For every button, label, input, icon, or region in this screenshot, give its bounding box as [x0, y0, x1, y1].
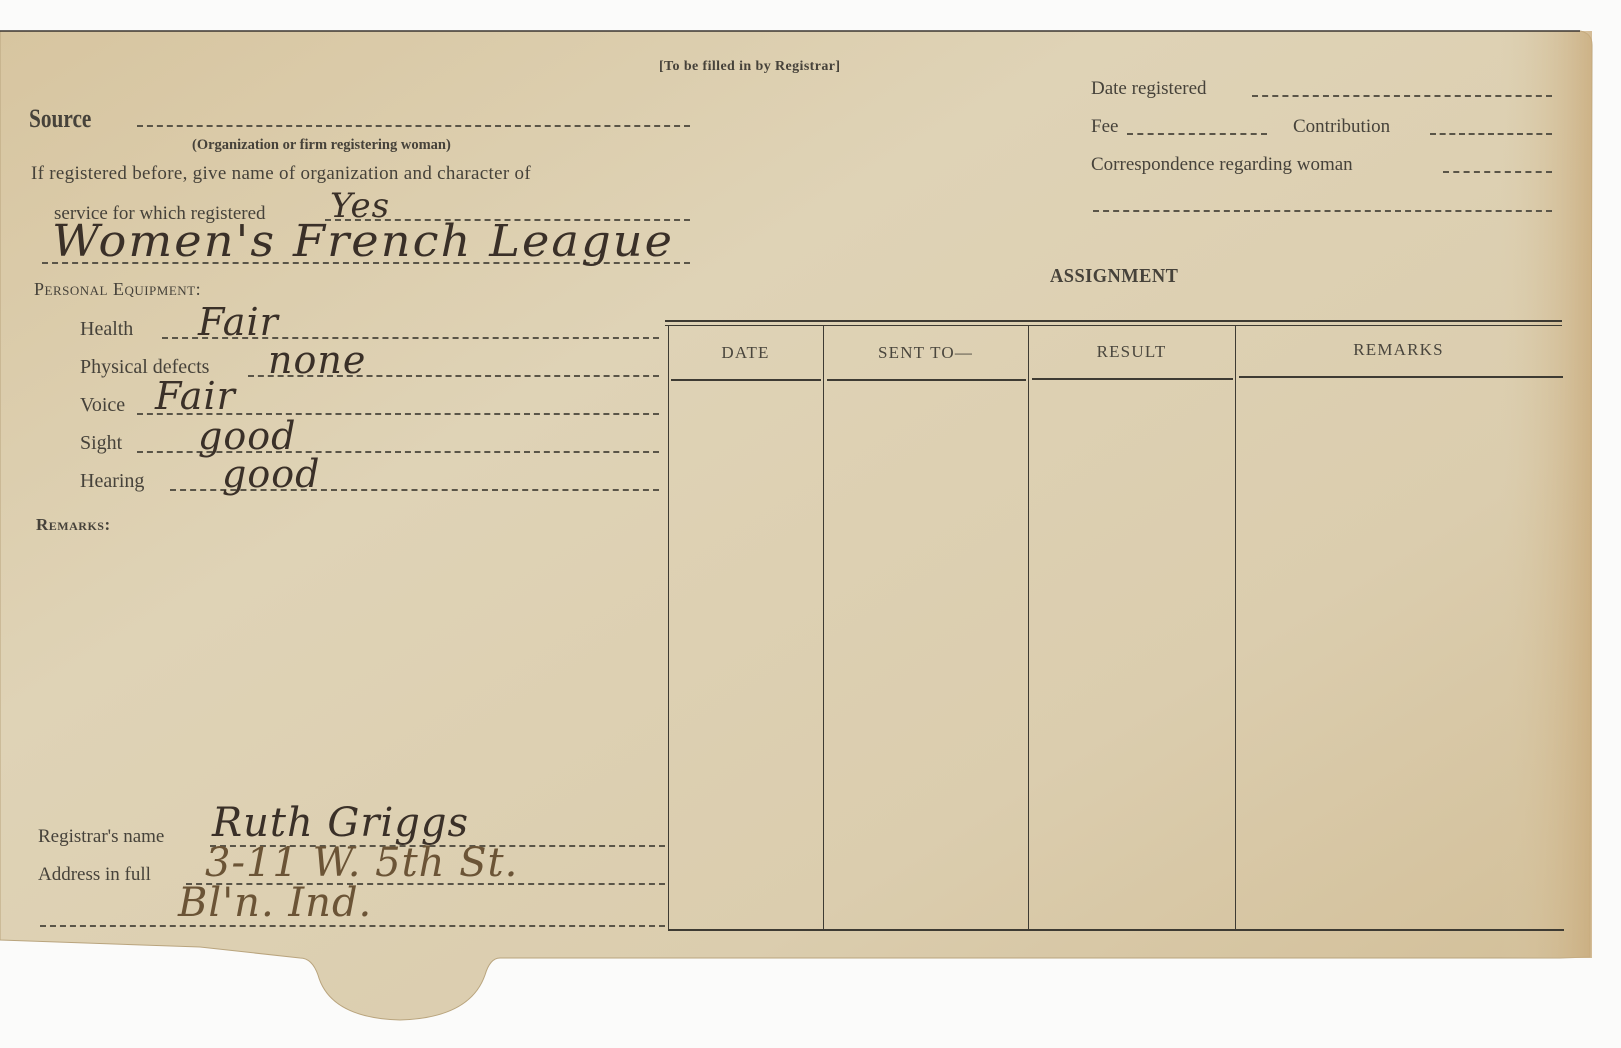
personal-equipment-heading: Personal Equipment: [34, 279, 201, 300]
hearing-label: Hearing [80, 470, 144, 493]
remarks-label: Remarks: [36, 515, 111, 535]
health-value: Fair [198, 300, 279, 344]
source-hint: (Organization or firm registering woman) [192, 137, 451, 154]
column-header-remarks: REMARKS [1235, 340, 1562, 360]
voice-label: Voice [80, 394, 125, 417]
assignment-title: ASSIGNMENT [1050, 265, 1178, 288]
date-registered-label: Date registered [1091, 78, 1207, 100]
source-field[interactable] [137, 125, 690, 127]
registrar-note: [To be filled in by Registrar] [659, 59, 840, 75]
address-label: Address in full [38, 864, 151, 886]
organization-value: Women's French League [52, 216, 674, 267]
voice-value: Fair [155, 374, 236, 418]
contribution-label: Contribution [1293, 116, 1390, 138]
registrar-name-label: Registrar's name [38, 826, 164, 848]
remarks-area[interactable] [36, 540, 646, 800]
sight-label: Sight [80, 432, 122, 455]
column-header-date: DATE [668, 343, 823, 363]
address-line-2: Bl'n. Ind. [178, 880, 372, 926]
correspondence-label: Correspondence regarding woman [1091, 154, 1353, 176]
hearing-value: good [222, 452, 320, 496]
correspondence-field-2[interactable] [1093, 210, 1552, 212]
column-header-sent-to: SENT TO— [823, 343, 1028, 363]
contribution-field[interactable] [1430, 133, 1552, 135]
column-header-result: RESULT [1028, 342, 1235, 362]
fee-field[interactable] [1127, 133, 1267, 135]
date-registered-field[interactable] [1252, 95, 1552, 97]
source-label: Source [29, 104, 91, 134]
assignment-table-body[interactable] [670, 382, 1562, 927]
physical-defects-value: none [268, 338, 366, 382]
previous-registration-question: If registered before, give name of organ… [31, 163, 531, 185]
registration-card: [To be filled in by Registrar] Source (O… [0, 0, 1621, 1048]
fee-label: Fee [1091, 116, 1118, 138]
health-label: Health [80, 318, 133, 341]
correspondence-field[interactable] [1443, 171, 1552, 173]
